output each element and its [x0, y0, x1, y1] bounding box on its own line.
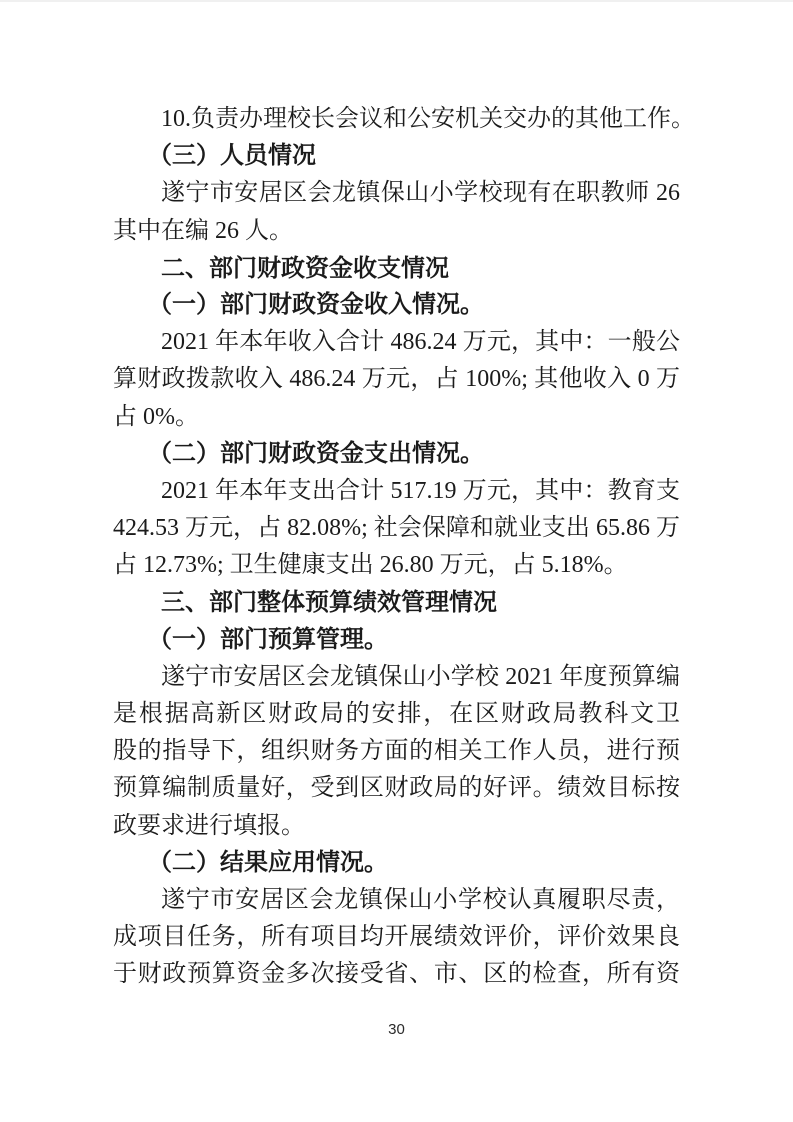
body-line: 遂宁市安居区会龙镇保山小学校认真履职尽责，认真完	[113, 882, 680, 919]
page-number: 30	[0, 1020, 793, 1040]
body-line: 股的指导下，组织财务方面的相关工作人员，进行预算编制，	[113, 733, 680, 770]
page-top-edge	[0, 0, 793, 2]
body-line: 遂宁市安居区会龙镇保山小学校现有在职教师 26 人，	[113, 175, 680, 212]
body-line: 预算编制质量好，受到区财政局的好评。绩效目标按照区财	[113, 770, 680, 807]
subsection-heading: （一）部门财政资金收入情况。	[113, 287, 680, 324]
body-line: 于财政预算资金多次接受省、市、区的检查，所有资金的支	[113, 956, 680, 993]
body-line: 成项目任务，所有项目均开展绩效评价，评价效果良好，对	[113, 919, 680, 956]
body-line: 其中在编 26 人。	[113, 213, 680, 250]
body-line: 2021 年本年收入合计 486.24 万元，其中：一般公共预	[113, 324, 680, 361]
section-heading: 三、部门整体预算绩效管理情况	[113, 584, 680, 621]
body-line: 算财政拨款收入 486.24 万元，占 100%; 其他收入 0 万元，	[113, 361, 680, 398]
document-body: 10.负责办理校长会议和公安机关交办的其他工作。 （三）人员情况 遂宁市安居区会…	[113, 101, 680, 994]
body-line: 遂宁市安居区会龙镇保山小学校 2021 年度预算编制，	[113, 659, 680, 696]
body-line: 占 0%。	[113, 399, 680, 436]
body-line: 10.负责办理校长会议和公安机关交办的其他工作。	[113, 101, 680, 138]
section-heading: 二、部门财政资金收支情况	[113, 250, 680, 287]
subsection-heading: （二）部门财政资金支出情况。	[113, 436, 680, 473]
body-line: 2021 年本年支出合计 517.19 万元，其中：教育支出	[113, 473, 680, 510]
body-line: 是根据高新区财政局的安排，在区财政局教科文卫股、预算	[113, 696, 680, 733]
document-page: 10.负责办理校长会议和公安机关交办的其他工作。 （三）人员情况 遂宁市安居区会…	[0, 0, 793, 1122]
body-line: 占 12.73%; 卫生健康支出 26.80 万元，占 5.18%。	[113, 547, 680, 584]
body-line: 424.53 万元，占 82.08%; 社会保障和就业支出 65.86 万元，	[113, 510, 680, 547]
subsection-heading: （二）结果应用情况。	[113, 845, 680, 882]
subsection-heading: （一）部门预算管理。	[113, 622, 680, 659]
subsection-heading: （三）人员情况	[113, 138, 680, 175]
body-line: 政要求进行填报。	[113, 808, 680, 845]
